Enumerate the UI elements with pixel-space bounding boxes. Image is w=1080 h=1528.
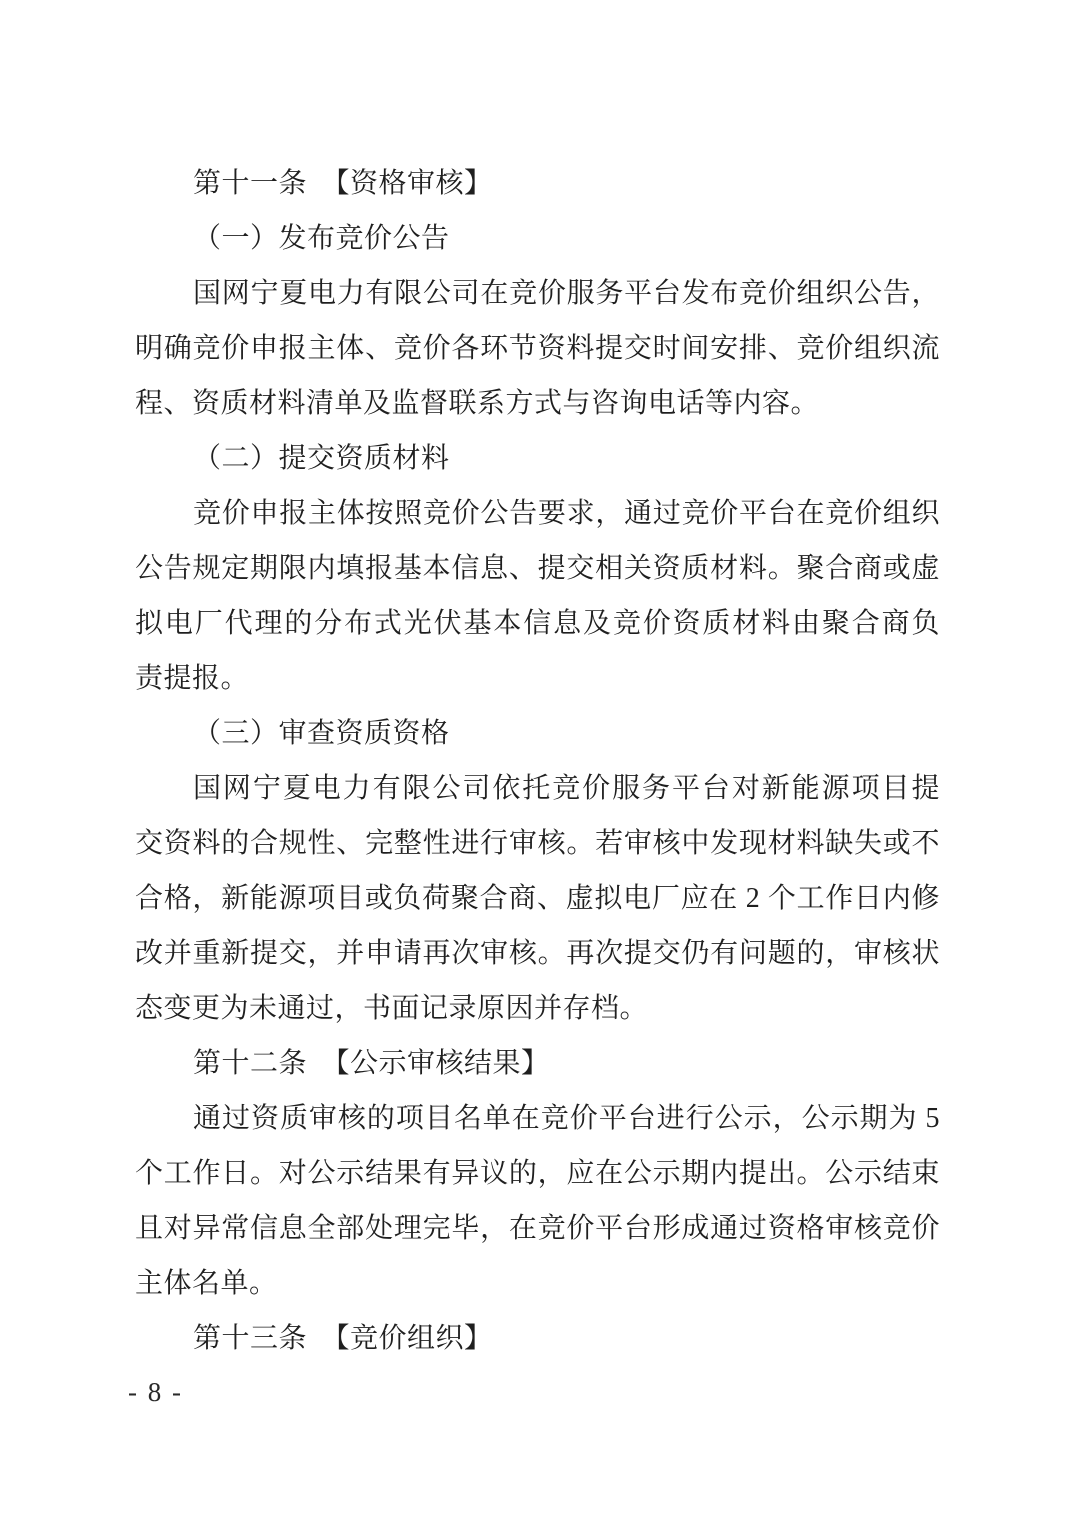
paragraph-line: 主体名单。 (135, 1256, 940, 1311)
article-12-heading: 第十二条 【公示审核结果】 (135, 1036, 940, 1091)
paragraph-line: 公告规定期限内填报基本信息、提交相关资质材料。聚合商或虚 (135, 541, 940, 596)
paragraph-line: 改并重新提交，并申请再次审核。再次提交仍有问题的，审核状 (135, 926, 940, 981)
paragraph-line: 个工作日。对公示结果有异议的，应在公示期内提出。公示结束 (135, 1146, 940, 1201)
paragraph-line: 态变更为未通过，书面记录原因并存档。 (135, 981, 940, 1036)
paragraph-line: 通过资质审核的项目名单在竞价平台进行公示，公示期为 5 (135, 1091, 940, 1146)
paragraph-line: 交资料的合规性、完整性进行审核。若审核中发现材料缺失或不 (135, 816, 940, 871)
paragraph-line: 竞价申报主体按照竞价公告要求，通过竞价平台在竞价组织 (135, 486, 940, 541)
article-11-heading: 第十一条 【资格审核】 (135, 156, 940, 211)
paragraph-line: 国网宁夏电力有限公司依托竞价服务平台对新能源项目提 (135, 761, 940, 816)
paragraph-line: 拟电厂代理的分布式光伏基本信息及竞价资质材料由聚合商负 (135, 596, 940, 651)
article-13-heading: 第十三条 【竞价组织】 (135, 1311, 940, 1366)
item-3-heading: （三）审查资质资格 (135, 706, 940, 761)
document-body: 第十一条 【资格审核】 （一）发布竞价公告 国网宁夏电力有限公司在竞价服务平台发… (135, 156, 940, 1366)
item-2-heading: （二）提交资质材料 (135, 431, 940, 486)
document-page: 第十一条 【资格审核】 （一）发布竞价公告 国网宁夏电力有限公司在竞价服务平台发… (0, 0, 1080, 1528)
paragraph-line: 且对异常信息全部处理完毕，在竞价平台形成通过资格审核竞价 (135, 1201, 940, 1256)
paragraph-line: 明确竞价申报主体、竞价各环节资料提交时间安排、竞价组织流 (135, 321, 940, 376)
page-number: - 8 - (128, 1372, 183, 1412)
item-1-heading: （一）发布竞价公告 (135, 211, 940, 266)
paragraph-line: 程、资质材料清单及监督联系方式与咨询电话等内容。 (135, 376, 940, 431)
paragraph-line: 国网宁夏电力有限公司在竞价服务平台发布竞价组织公告， (135, 266, 940, 321)
paragraph-line: 合格，新能源项目或负荷聚合商、虚拟电厂应在 2 个工作日内修 (135, 871, 940, 926)
paragraph-line: 责提报。 (135, 651, 940, 706)
